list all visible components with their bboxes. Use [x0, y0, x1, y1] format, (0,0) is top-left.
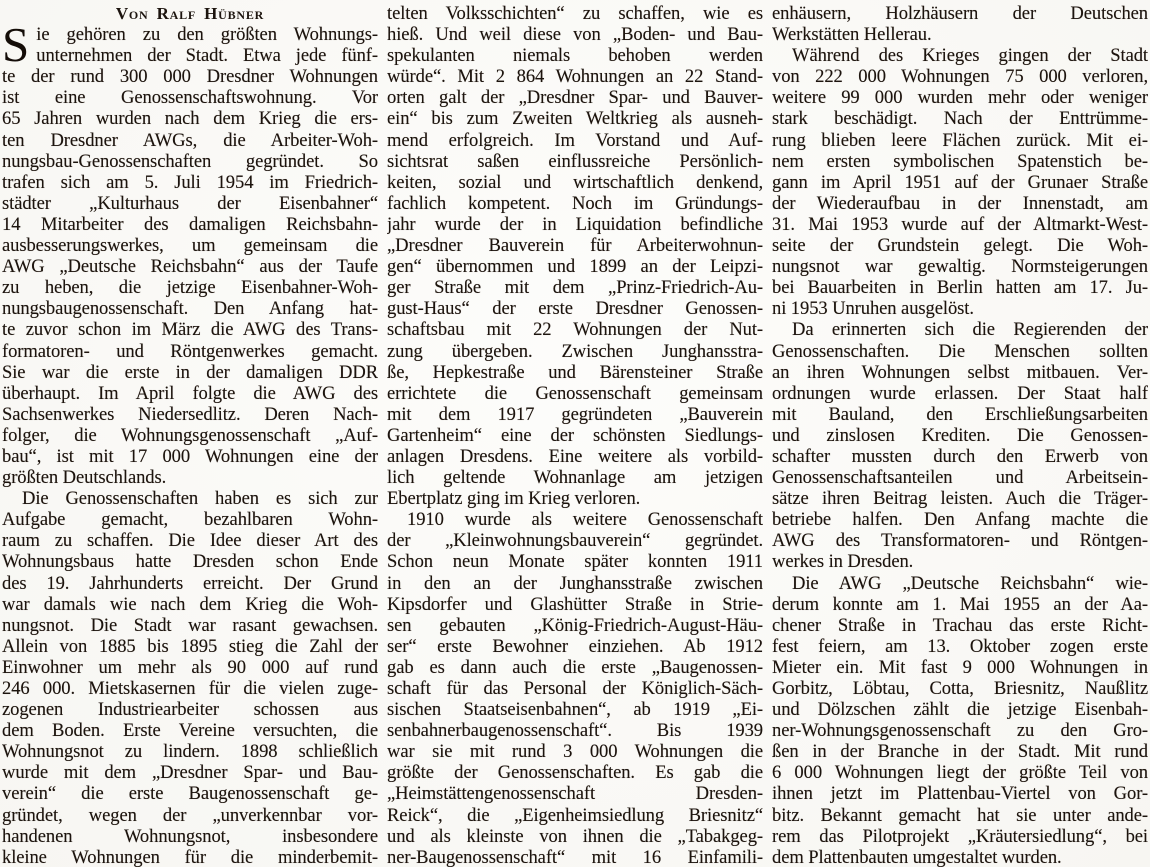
- text-line: errichtete die Genossenschaft gemeinsam: [387, 383, 763, 404]
- text-line: mend erfolgreich. Im Vorstand und Auf-: [387, 130, 763, 151]
- article-column-1: Von Ralf HübnerSie gehören zu den größte…: [2, 3, 378, 867]
- text-line: und als kleinste von ihnen die „Tabakgeg…: [387, 826, 763, 847]
- text-line: Kipsdorfer und Glashütter Straße in Stri…: [387, 594, 763, 615]
- paragraph: Während des Krieges gingen der Stadtvon …: [772, 45, 1148, 319]
- text-line: werkes in Dresden.: [772, 551, 1148, 572]
- paragraph: Die AWG „Deutsche Reichsbahn“ wie-derum …: [772, 573, 1148, 867]
- text-line: an ihren Wohnungen selbst mitbauen. Ver-: [772, 362, 1148, 383]
- text-line: und Dölzschen zählt die jetzige Eisenbah…: [772, 699, 1148, 720]
- text-line: weitere 99 000 wurden mehr oder weniger: [772, 87, 1148, 108]
- text-line: enhäusern, Holzhäusern der Deutschen: [772, 3, 1148, 24]
- text-line: betriebe halfen. Den Anfang machte die: [772, 509, 1148, 530]
- text-line: Mieter ein. Mit fast 9 000 Wohnungen in: [772, 657, 1148, 678]
- text-line: „Heimstättengenossenschaft Dresden-: [387, 783, 763, 804]
- text-line: Allein von 1885 bis 1895 stieg die Zahl …: [2, 636, 378, 657]
- paragraph: Da erinnerten sich die Regierenden derGe…: [772, 319, 1148, 572]
- paragraph: enhäusern, Holzhäusern der DeutschenWerk…: [772, 3, 1148, 45]
- text-line: raum zu schaffen. Die Idee dieser Art de…: [2, 530, 378, 551]
- text-line: Die AWG „Deutsche Reichsbahn“ wie-: [772, 573, 1148, 594]
- text-line: telten Volksschichten“ zu schaffen, wie …: [387, 3, 763, 24]
- paragraph: Die Genossenschaften haben es sich zurAu…: [2, 488, 378, 867]
- text-line: zung übergeben. Zwischen Junghansstra-: [387, 341, 763, 362]
- text-line: ser“ erste Bewohner einziehen. Ab 1912: [387, 636, 763, 657]
- text-line: Schon neun Monate später konnten 1911: [387, 551, 763, 572]
- text-line: anlagen Dresdens. Eine weitere als vorbi…: [387, 446, 763, 467]
- text-line: Sachsenwerkes Niedersedlitz. Deren Nach-: [2, 404, 378, 425]
- text-line: ni 1953 Unruhen ausgelöst.: [772, 298, 1148, 319]
- text-line: Reick“, die „Eigenheimsiedlung Briesnitz…: [387, 805, 763, 826]
- text-line: sichtsrat saßen einflussreiche Persönlic…: [387, 151, 763, 172]
- text-line: ihnen jetzt im Plattenbau-Viertel von Go…: [772, 783, 1148, 804]
- text-line: ausbesserungswerkes, um gemeinsam die: [2, 235, 378, 256]
- text-line: ger Straße mit dem „Prinz-Friedrich-Au-: [387, 277, 763, 298]
- text-line: trafen sich am 5. Juli 1954 im Friedrich…: [2, 172, 378, 193]
- text-line: handenen Wohnungsnot, insbesondere: [2, 826, 378, 847]
- text-line: fest feiern, am 13. Oktober zogen erste: [772, 636, 1148, 657]
- text-line: ie gehören zu den größten Wohnungs-: [36, 24, 378, 45]
- text-line: Wohnungsbaus hatte Dresden schon Ende: [2, 551, 378, 572]
- text-line: rung blieben leere Flächen zurück. Mit e…: [772, 130, 1148, 151]
- text-line: 65 Jahren wurden nach dem Krieg die ers-: [2, 108, 378, 129]
- article-column-2: telten Volksschichten“ zu schaffen, wie …: [387, 3, 763, 867]
- text-line: 246 000. Mietskasernen für die vielen zu…: [2, 678, 378, 699]
- byline: Von Ralf Hübner: [2, 3, 378, 24]
- text-line: gründet, wegen der „unverkennbar vor-: [2, 805, 378, 826]
- text-line: ein“ bis zum Zweiten Weltkrieg als ausne…: [387, 108, 763, 129]
- text-line: kleine Wohnungen für die minderbemit-: [2, 847, 378, 867]
- text-line: Ebertplatz ging im Krieg verloren.: [387, 488, 763, 509]
- text-line: zogenen Industriearbeiter schossen aus: [2, 699, 378, 720]
- text-line: gust-Haus“ der erste Dresdner Genossen-: [387, 298, 763, 319]
- newspaper-article: Von Ralf HübnerSie gehören zu den größte…: [0, 0, 1150, 867]
- text-line: AWG „Deutsche Reichsbahn“ aus der Taufe: [2, 256, 378, 277]
- text-line: dem Boden. Erste Vereine versuchten, die: [2, 720, 378, 741]
- text-line: ner-Wohnungsgenossenschaft zu den Gro-: [772, 720, 1148, 741]
- text-line: nungsnot. Die Stadt war rasant gewachsen…: [2, 615, 378, 636]
- text-line: größte der Genossenschaften. Es gab die: [387, 762, 763, 783]
- text-line: der Wiederaufbau in der Innenstadt, am: [772, 193, 1148, 214]
- text-line: größten Deutschlands.: [2, 467, 378, 488]
- text-line: chener Straße in Trachau das erste Richt…: [772, 615, 1148, 636]
- text-line: unternehmen der Stadt. Etwa jede fünf-: [36, 45, 378, 66]
- text-line: „Dresdner Bauverein für Arbeiterwohnun-: [387, 235, 763, 256]
- paragraph: telten Volksschichten“ zu schaffen, wie …: [387, 3, 763, 509]
- text-line: gann im April 1951 auf der Grunaer Straß…: [772, 172, 1148, 193]
- text-line: von 222 000 Wohnungen 75 000 verloren,: [772, 66, 1148, 87]
- text-line: jahr wurde der in Liquidation befindlich…: [387, 214, 763, 235]
- text-line: Die Genossenschaften haben es sich zur: [2, 488, 378, 509]
- text-line: Gorbitz, Löbtau, Cotta, Briesnitz, Naußl…: [772, 678, 1148, 699]
- text-line: verein“ die erste Baugenossenschaft ge-: [2, 783, 378, 804]
- text-line: nungsbau-Genossenschaften gegründet. So: [2, 151, 378, 172]
- text-line: Werkstätten Hellerau.: [772, 24, 1148, 45]
- text-line: bei Bauarbeiten in Berlin hatten am 17. …: [772, 277, 1148, 298]
- text-line: nem ersten symbolischen Spatenstich be-: [772, 151, 1148, 172]
- text-line: ße, Hepkestraße und Bärensteiner Straße: [387, 362, 763, 383]
- text-line: schafter mussten durch den Erwerb von: [772, 446, 1148, 467]
- text-line: keiten, sozial und wirtschaftlich denken…: [387, 172, 763, 193]
- text-line: mit Bauland, den Erschließungsarbeiten: [772, 404, 1148, 425]
- text-line: schaft für das Personal der Königlich-Sä…: [387, 678, 763, 699]
- text-line: Genossenschaftsanteilen und Arbeitsein-: [772, 467, 1148, 488]
- text-line: 31. Mai 1953 wurde auf der Altmarkt-West…: [772, 214, 1148, 235]
- text-line: gen“ übernommen und 1899 an der Leipzi-: [387, 256, 763, 277]
- text-line: war damals wie nach dem Krieg die Woh-: [2, 594, 378, 615]
- text-line: war sie mit rund 3 000 Wohnungen die: [387, 741, 763, 762]
- text-line: in den an der Junghansstraße zwischen: [387, 573, 763, 594]
- text-line: sätze ihren Beitrag leisten. Auch die Tr…: [772, 488, 1148, 509]
- text-line: hieß. Und weil diese von „Boden- und Bau…: [387, 24, 763, 45]
- text-line: ist eine Genossenschaftswohnung. Vor: [2, 87, 378, 108]
- paragraph: 1910 wurde als weitere Genossenschaftder…: [387, 509, 763, 867]
- article-column-3: enhäusern, Holzhäusern der DeutschenWerk…: [772, 3, 1148, 867]
- drop-cap: S: [2, 24, 36, 66]
- text-line: rem das Pilotprojekt „Kräutersiedlung“, …: [772, 826, 1148, 847]
- text-line: senbahnerbaugenossenschaft“. Bis 1939: [387, 720, 763, 741]
- text-line: ordnungen wurde erlassen. Der Staat half: [772, 383, 1148, 404]
- text-line: nungsnot war gewaltig. Normsteigerungen: [772, 256, 1148, 277]
- text-line: sen gebauten „König-Friedrich-August-Häu…: [387, 615, 763, 636]
- text-line: te der rund 300 000 Dresdner Wohnungen: [2, 66, 378, 87]
- text-line: seite der Grundstein gelegt. Die Woh-: [772, 235, 1148, 256]
- text-line: Während des Krieges gingen der Stadt: [772, 45, 1148, 66]
- text-line: Da erinnerten sich die Regierenden der: [772, 319, 1148, 340]
- text-line: 14 Mitarbeiter des damaligen Reichsbahn-: [2, 214, 378, 235]
- text-line: te zuvor schon im März die AWG des Trans…: [2, 319, 378, 340]
- text-line: Aufgabe gemacht, bezahlbaren Wohn-: [2, 509, 378, 530]
- text-line: stark beschädigt. Nach der Enttrümme-: [772, 108, 1148, 129]
- text-line: lich geltende Wohnanlage am jetzigen: [387, 467, 763, 488]
- text-line: dem Plattenbauten umgestaltet wurden.: [772, 847, 1148, 867]
- text-line: Einwohner um mehr als 90 000 auf rund: [2, 657, 378, 678]
- text-line: orten galt der „Dresdner Spar- und Bauve…: [387, 87, 763, 108]
- text-line: Genossenschaften. Die Menschen sollten: [772, 341, 1148, 362]
- text-line: formatoren- und Röntgenwerkes gemacht.: [2, 341, 378, 362]
- text-line: der „Kleinwohnungsbauverein“ gegründet.: [387, 530, 763, 551]
- text-line: des 19. Jahrhunderts erreicht. Der Grund: [2, 573, 378, 594]
- paragraph: Sie gehören zu den größten Wohnungs-unte…: [2, 24, 378, 488]
- text-line: städter „Kulturhaus der Eisenbahner“: [2, 193, 378, 214]
- text-line: gab es dann auch die erste „Baugenossen-: [387, 657, 763, 678]
- text-line: AWG des Transformatoren- und Röntgen-: [772, 530, 1148, 551]
- text-line: folger, die Wohnungsgenossenschaft „Auf-: [2, 425, 378, 446]
- text-line: würde“. Mit 2 864 Wohnungen an 22 Stand-: [387, 66, 763, 87]
- text-line: 6 000 Wohnungen liegt der größte Teil vo…: [772, 762, 1148, 783]
- text-line: fachlich kompetent. Noch im Gründungs-: [387, 193, 763, 214]
- text-line: 1910 wurde als weitere Genossenschaft: [387, 509, 763, 530]
- text-line: und zinslosen Krediten. Die Genossen-: [772, 425, 1148, 446]
- text-line: Sie war die erste in der damaligen DDR: [2, 362, 378, 383]
- text-line: bau“, ist mit 17 000 Wohnungen eine der: [2, 446, 378, 467]
- text-line: zu heben, die jetzige Eisenbahner-Woh-: [2, 277, 378, 298]
- text-line: Wohnungsnot zu lindern. 1898 schließlich: [2, 741, 378, 762]
- text-line: bitz. Bekannt gemacht hat sie unter ande…: [772, 805, 1148, 826]
- text-line: mit dem 1917 gegründeten „Bauverein: [387, 404, 763, 425]
- text-line: ßen in der Branche in der Stadt. Mit run…: [772, 741, 1148, 762]
- text-line: Gartenheim“ eine der schönsten Siedlungs…: [387, 425, 763, 446]
- text-line: nungsbaugenossenschaft. Den Anfang hat-: [2, 298, 378, 319]
- text-line: ten Dresdner AWGs, die Arbeiter-Woh-: [2, 130, 378, 151]
- text-line: wurde mit dem „Dresdner Spar- und Bau-: [2, 762, 378, 783]
- text-line: sischen Staatseisenbahnen“, ab 1919 „Ei-: [387, 699, 763, 720]
- text-line: derum konnte am 1. Mai 1955 an der Aa-: [772, 594, 1148, 615]
- text-line: überhaupt. Im April folgte die AWG des: [2, 383, 378, 404]
- text-line: spekulanten niemals behoben werden: [387, 45, 763, 66]
- text-line: ner-Baugenossenschaft“ mit 16 Einfamili-: [387, 847, 763, 867]
- text-line: schaftsbau mit 22 Wohnungen der Nut-: [387, 319, 763, 340]
